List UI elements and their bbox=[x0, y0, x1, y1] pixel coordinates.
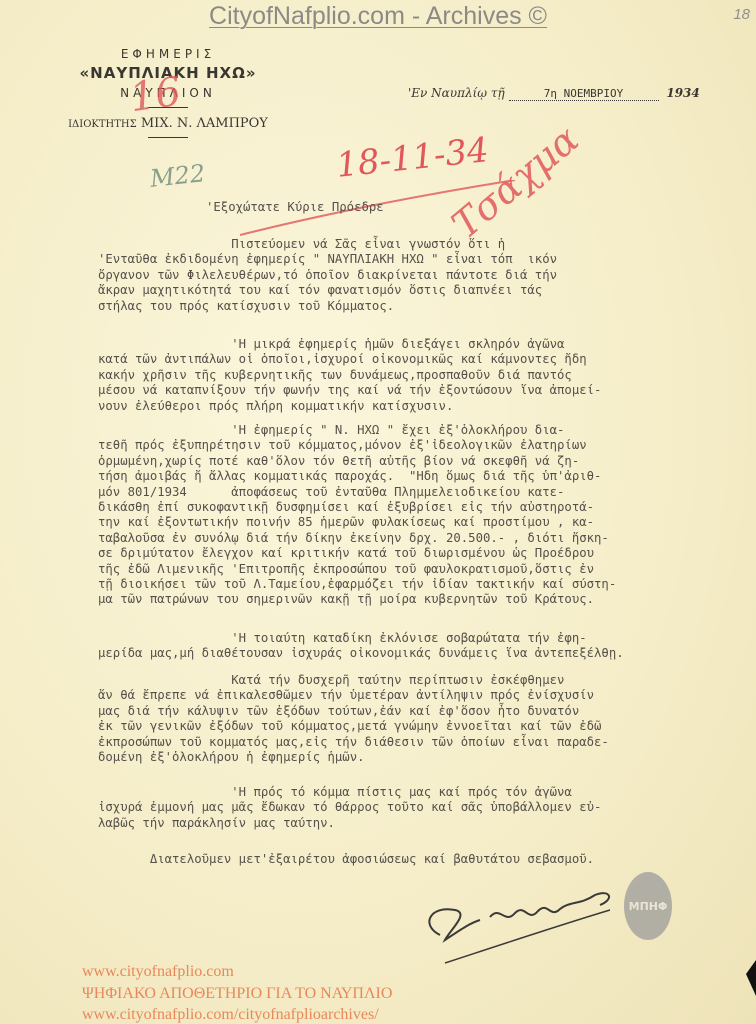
archive-watermark: CityofNafplio.com - Archives © bbox=[0, 2, 756, 31]
footer-archive-title: ΨΗΦΙΑΚΟ ΑΠΟΘΕΤΗΡΙΟ ΓΙΑ ΤΟ ΝΑΥΠΛΙΟ bbox=[82, 985, 392, 1003]
dateline-date: 7η ΝΟΕΜΒΡΙΟΥ bbox=[509, 87, 659, 101]
paragraph-2: 'Η μικρά ἐφημερίς ἡμῶν διεξάγει σκληρόν … bbox=[98, 337, 601, 414]
paragraph-3: 'Η ἐφημερίς " Ν. ΗΧΩ " ἔχει ἐξ'ὁλοκλήρου… bbox=[98, 423, 616, 608]
owner-label: ΙΔΙΟΚΤΗΤΗΣ bbox=[68, 119, 137, 130]
footer-archive-url[interactable]: www.cityofnafplio.com/cityofnafplioarchi… bbox=[82, 1006, 379, 1024]
dateline: 'Εν Ναυπλίῳ τῇ 7η ΝΟΕΜΒΡΙΟΥ 1934 bbox=[408, 86, 700, 101]
dateline-prefix: 'Εν Ναυπλίῳ τῇ bbox=[408, 86, 505, 100]
closing-line: Διατελοῦμεν μετ'ἐξαιρέτου ἀφοσιώσεως καί… bbox=[98, 852, 594, 867]
letterhead-owner: ΙΔΙΟΚΤΗΤΗΣ ΜΙΧ. Ν. ΛΑΜΠΡΟΥ bbox=[28, 116, 308, 131]
footer-url[interactable]: www.cityofnafplio.com bbox=[82, 963, 234, 981]
rubber-stamp: ΜΠΗΦ bbox=[624, 872, 672, 940]
edge-mark bbox=[746, 960, 756, 996]
salutation: 'Εξοχώτατε Κύριε Πρόεδρε bbox=[206, 200, 384, 214]
owner-name: ΜΙΧ. Ν. ΛΑΜΠΡΟΥ bbox=[141, 116, 268, 131]
handwritten-red-number: 16 bbox=[127, 69, 184, 122]
paragraph-5: Κατά τήν δυσχερῆ ταύτην περίπτωσιν ἐσκέφ… bbox=[98, 673, 609, 765]
letterhead-divider-2 bbox=[148, 137, 188, 138]
paragraph-1: Πιστεύομεν νά Σᾶς εἶναι γνωστόν ὅτι ἡ 'Ε… bbox=[98, 237, 557, 314]
handwritten-green-note: Μ22 bbox=[149, 159, 207, 193]
signature bbox=[410, 885, 630, 965]
handwritten-red-date: 18-11-34 bbox=[334, 130, 490, 186]
paragraph-4: 'Η τοιαύτη καταδίκη ἐκλόνισε σοβαρώτατα … bbox=[98, 631, 624, 662]
dateline-year: 1934 bbox=[666, 86, 699, 100]
page-number: 18 bbox=[733, 6, 750, 23]
paragraph-6: 'Η πρός τό κόμμα πίστις μας καί πρός τόν… bbox=[98, 785, 601, 831]
letterhead-newspaper-label: ΕΦΗΜΕΡΙΣ bbox=[28, 47, 308, 61]
